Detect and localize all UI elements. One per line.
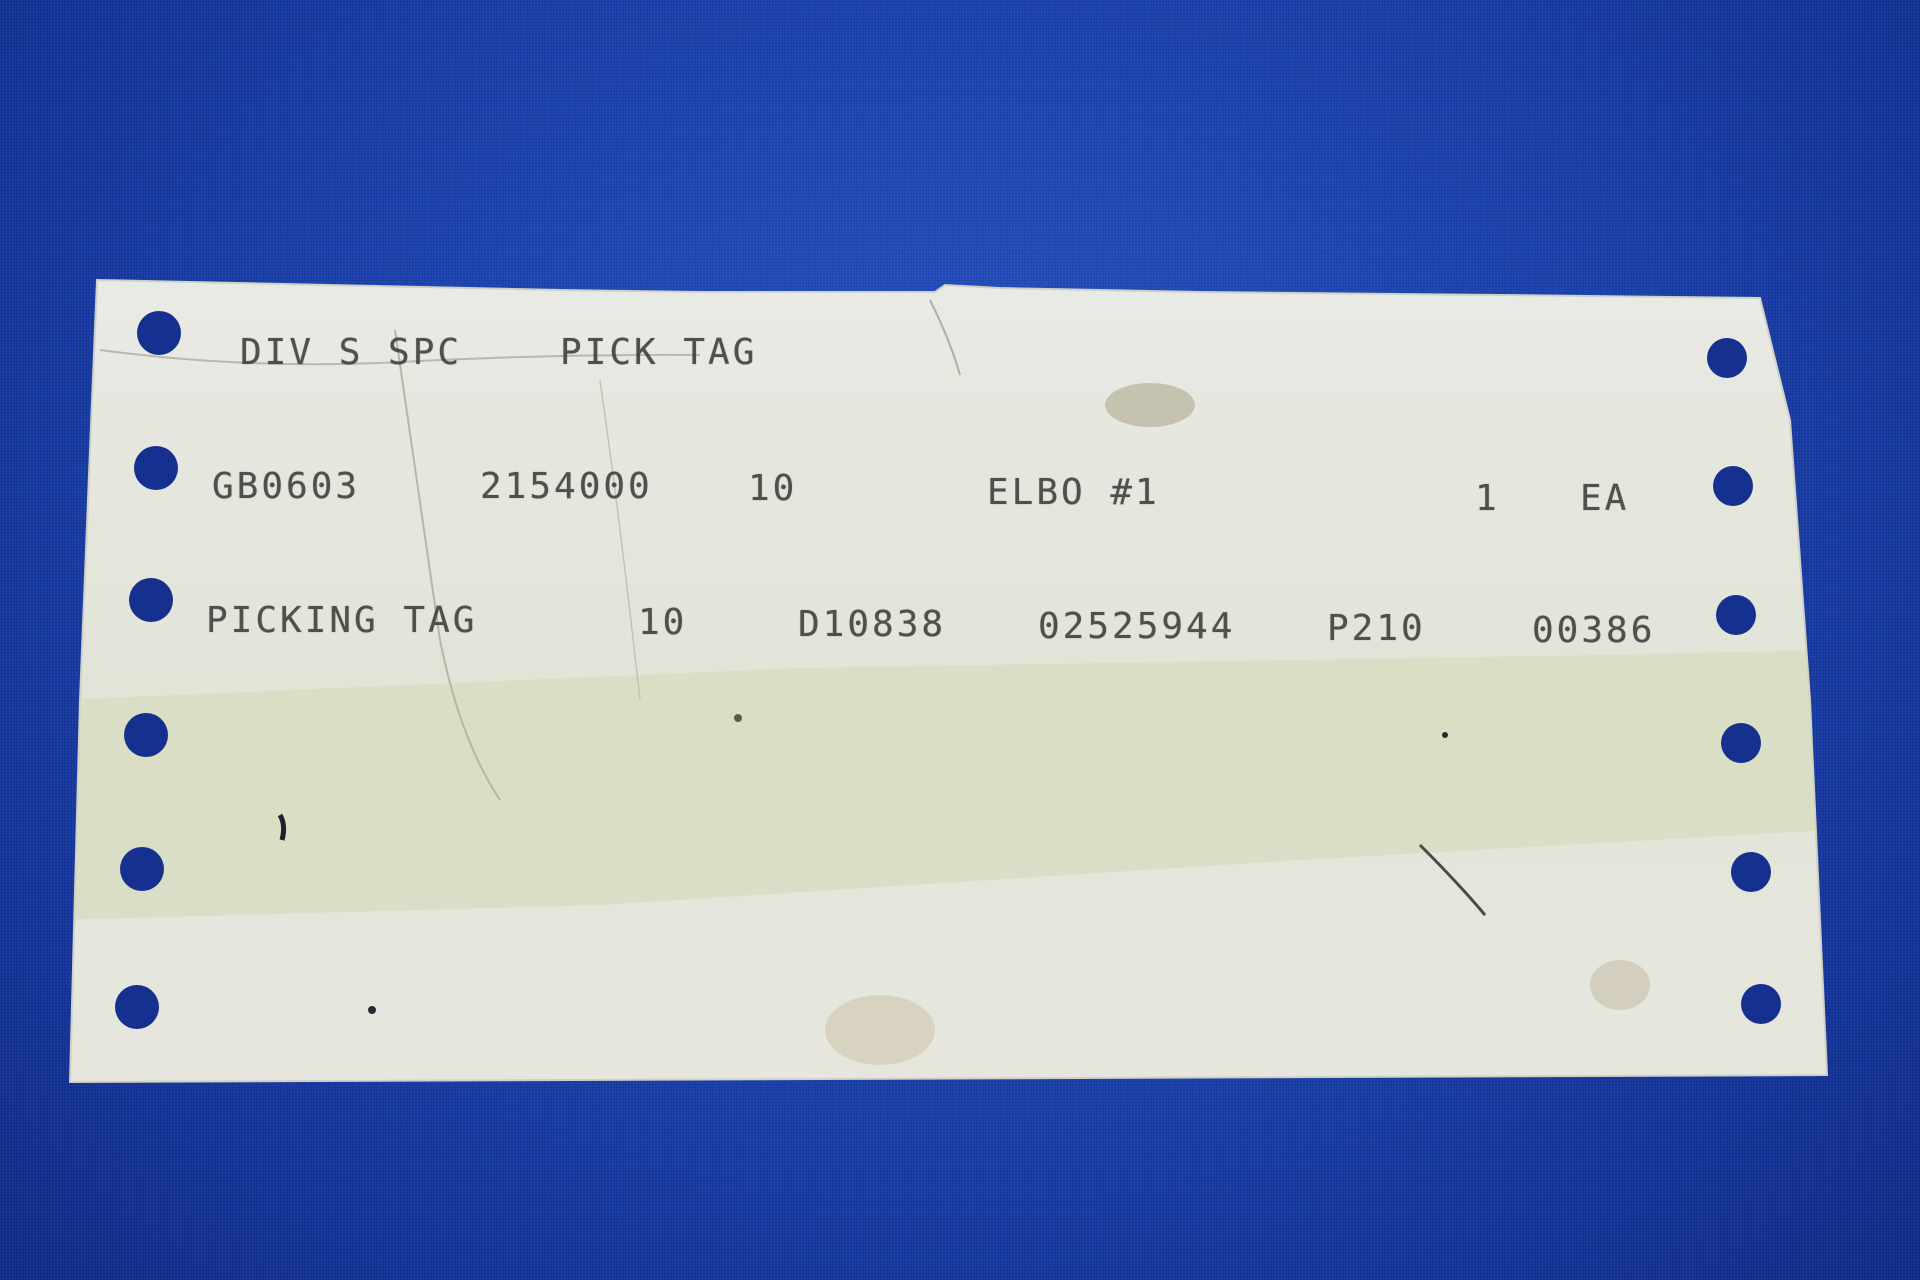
picking-label: PICKING TAG [206,600,477,641]
item-description: ELBO #1 [987,472,1160,513]
picking-code: 10 [638,602,687,643]
order-id: D10838 [798,604,946,645]
part-code: GB0603 [212,466,360,507]
qty-code: 10 [748,468,797,509]
item-number: 2154000 [480,466,653,507]
item-quantity: 1 [1475,478,1500,519]
reference-number: 02525944 [1038,606,1235,647]
sequence-number: 00386 [1532,610,1655,651]
division-label: DIV S SPC [240,332,462,373]
picking-row: PICKING TAG 10 D10838 02525944 P210 0038… [0,0,1920,1]
pick-tag-paper: DIV S SPC PICK TAG GB0603 2154000 10 ELB… [0,0,1920,1280]
tag-title: PICK TAG [560,332,757,373]
unit-of-measure: EA [1580,478,1629,519]
location-code: P210 [1327,608,1426,649]
